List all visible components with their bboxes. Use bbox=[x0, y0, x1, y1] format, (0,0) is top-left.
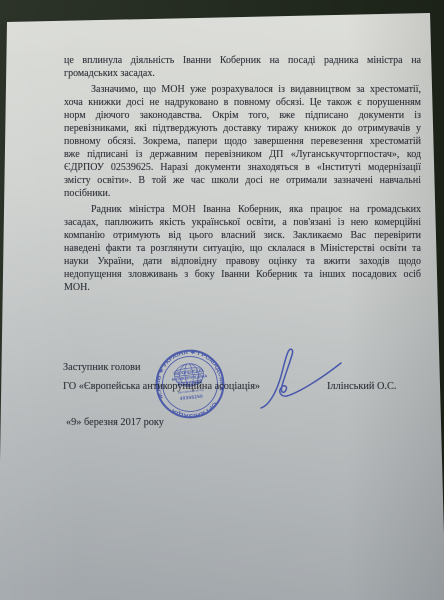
document-line: хоча книжки досі не надруковано в повном… bbox=[64, 96, 421, 109]
document-line: наведені факти та розглянути ситуацію, щ… bbox=[64, 242, 421, 255]
document-line: МОН. bbox=[64, 281, 421, 294]
document-line: недопущення зловживань з боку Іванни Коб… bbox=[64, 268, 421, 281]
handwritten-signature bbox=[250, 346, 344, 414]
document-line: норм діючого законодавства. Окрім того, … bbox=[64, 109, 421, 122]
signatory-position: Заступник голови bbox=[63, 361, 141, 374]
organization-round-stamp-icon: М.КИЇВ ✱ УКРАЇНА ✱ ГРОМАДСЬКА ОРГАНІЗАЦІ… bbox=[150, 344, 229, 423]
stamp-ring-bottom-text: ОРГАНІЗАЦІЯ bbox=[170, 400, 219, 420]
document-line: науки України, дати відповідну правову о… bbox=[64, 255, 421, 268]
paper-sheet: це вплинула діяльність Іванни Коберник н… bbox=[0, 0, 444, 600]
document-line: це вплинула діяльність Іванни Коберник н… bbox=[64, 54, 421, 67]
document-line: змісту освіти». В той же час школи досі … bbox=[64, 174, 421, 187]
document-line: перевізниками, які підтверджують доставк… bbox=[64, 122, 421, 135]
document-line: Зазначимо, що МОН уже розрахувалося із в… bbox=[64, 83, 421, 96]
document-content: це вплинула діяльність Іванни Коберник н… bbox=[0, 0, 444, 600]
paragraph: Радник міністра МОН Іванна Коберник, яка… bbox=[64, 203, 421, 294]
photo-background: це вплинула діяльність Іванни Коберник н… bbox=[0, 0, 444, 600]
document-date: «9» березня 2017 року bbox=[66, 416, 164, 429]
paragraph: це вплинула діяльність Іванни Коберник н… bbox=[64, 54, 421, 80]
svg-text:ОРГАНІЗАЦІЯ: ОРГАНІЗАЦІЯ bbox=[170, 400, 219, 420]
document-line: компанію отримують від цього власний зис… bbox=[64, 229, 421, 242]
paragraph: Зазначимо, що МОН уже розрахувалося із в… bbox=[64, 83, 421, 200]
stamp-id-number: 40358250 bbox=[180, 394, 204, 401]
document-line: засадах, паплюжить якість української ос… bbox=[64, 216, 421, 229]
document-line: громадських засадах. bbox=[64, 67, 421, 80]
document-line: повному обсязі. Зокрема, папери щодо зав… bbox=[64, 135, 421, 148]
document-line: вже підписані із державним перевізником … bbox=[64, 148, 421, 161]
signature-stroke bbox=[261, 349, 341, 408]
document-line: ЄДРПОУ 02539625. Наразі документи знаход… bbox=[64, 161, 421, 174]
document-body: це вплинула діяльність Іванни Коберник н… bbox=[64, 54, 421, 294]
document-line: Радник міністра МОН Іванна Коберник, яка… bbox=[64, 203, 421, 216]
document-line: посібники. bbox=[64, 187, 421, 200]
